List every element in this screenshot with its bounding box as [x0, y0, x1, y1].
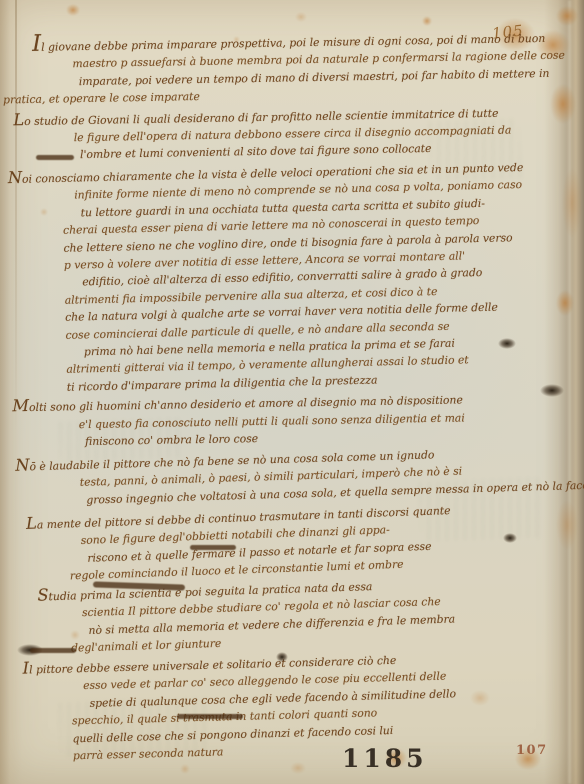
foxing-spot: [422, 16, 432, 26]
strikethrough-correction: [30, 648, 76, 653]
manuscript-paragraph: Lo studio de Giovani li quali desiderano…: [27, 101, 560, 164]
foxing-spot: [562, 168, 582, 238]
manuscript-text: Il giovane debbe prima imparare prospett…: [26, 27, 571, 765]
page-crease: [15, 0, 17, 430]
manuscript-paragraph: Noi conosciamo chiaramente che la vista …: [28, 156, 565, 397]
folio-number-bottom: 107: [516, 743, 548, 758]
stamp-number: 1185: [342, 744, 428, 773]
foxing-spot: [295, 12, 307, 22]
strikethrough-correction: [177, 714, 243, 719]
ink-blot: [276, 652, 288, 662]
manuscript-page: 105 Il giovane debbe prima imparare pros…: [0, 0, 584, 784]
strikethrough-correction: [190, 545, 236, 550]
foxing-spot: [66, 4, 80, 16]
ink-blot: [540, 384, 564, 397]
foxing-spot: [556, 6, 578, 26]
ink-blot: [503, 533, 517, 543]
ink-blot: [498, 338, 516, 349]
foxing-spot: [180, 764, 190, 774]
manuscript-paragraph: Il pittore debbe essere universale et so…: [36, 645, 571, 765]
foxing-spot: [290, 762, 306, 774]
manuscript-paragraph: Il giovane debbe prima imparare prospett…: [26, 27, 559, 109]
strikethrough-correction: [36, 155, 74, 160]
